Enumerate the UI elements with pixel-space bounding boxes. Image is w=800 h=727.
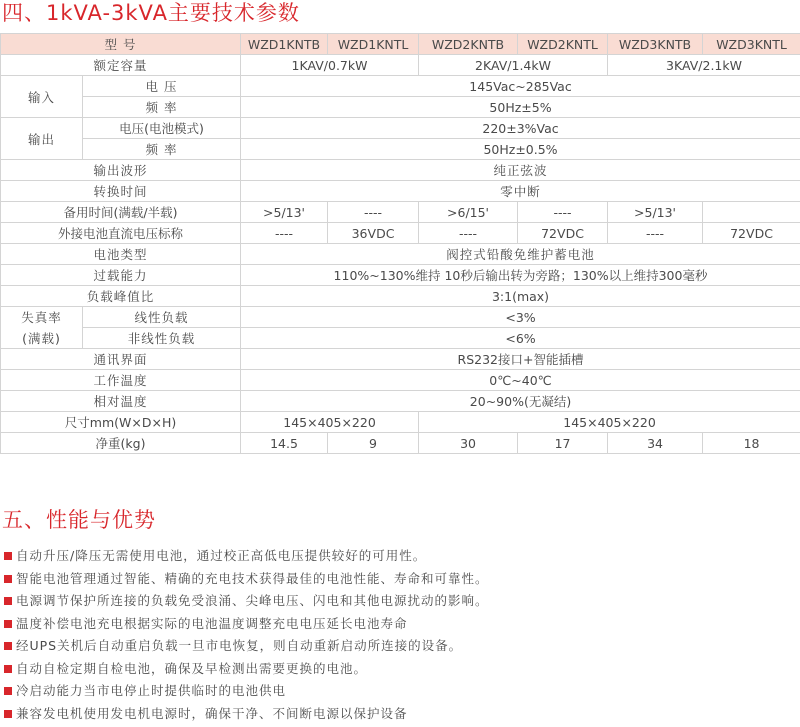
cell-value: 50Hz±0.5% [241,139,800,160]
cell-value: 3:1(max) [241,286,800,307]
cell-value: 72VDC [518,223,608,244]
model-header: WZD2KNTL [518,34,608,55]
table-row: 通讯界面 RS232接口+智能插槽 [1,349,800,370]
cell-value: 14.5 [241,433,328,454]
cell-value: 2KAV/1.4kW [419,55,608,76]
table-row: 输出 电压(电池模式) 220±3%Vac [1,118,800,139]
list-item: 冷启动能力当市电停止时提供临时的电池供电 [4,680,489,703]
model-header: WZD2KNTB [419,34,518,55]
cell-value: 3KAV/2.1kW [608,55,800,76]
list-item: 温度补偿电池充电根据实际的电池温度调整充电电压延长电池寿命 [4,613,489,636]
row-label: 过载能力 [1,265,241,286]
table-row: 相对温度 20~90%(无凝结) [1,391,800,412]
cell-value [703,202,800,223]
square-bullet-icon [4,687,12,695]
list-item: 经UPS关机后自动重启负载一旦市电恢复，则自动重新启动所连接的设备。 [4,635,489,658]
table-row: 额定容量 1KAV/0.7kW 2KAV/1.4kW 3KAV/2.1kW [1,55,800,76]
cell-value: 34 [608,433,703,454]
feature-text: 自动升压/降压无需使用电池，通过校正高低电压提供较好的可用性。 [16,545,426,568]
row-label: 转换时间 [1,181,241,202]
cell-value: 145×405×220 [419,412,800,433]
table-row: 过载能力 110%~130%维持 10秒后输出转为旁路；130%以上维持300毫… [1,265,800,286]
model-header: WZD3KNTL [703,34,800,55]
cell-value: 72VDC [703,223,800,244]
cell-value: <3% [241,307,800,328]
group-label: 输出 [1,118,83,160]
square-bullet-icon [4,665,12,673]
row-label: 工作温度 [1,370,241,391]
cell-value: 0℃~40℃ [241,370,800,391]
list-item: 兼容发电机使用发电机电源时，确保干净、不间断电源以保护设备 [4,703,489,726]
table-row: 输入 电 压 145Vac~285Vac [1,76,800,97]
section-title-features: 五、性能与优势 [2,507,156,533]
table-row: 输出波形 纯正弦波 [1,160,800,181]
table-row: 工作温度 0℃~40℃ [1,370,800,391]
section-title-specs: 四、1kVA-3kVA主要技术参数 [2,0,300,26]
square-bullet-icon [4,597,12,605]
cell-value: 17 [518,433,608,454]
table-row: 转换时间 零中断 [1,181,800,202]
square-bullet-icon [4,710,12,718]
cell-value: ---- [518,202,608,223]
model-header: WZD1KNTB [241,34,328,55]
group-label-line1: 失真率 [1,307,83,328]
table-row: (满载) 非线性负载 <6% [1,328,800,349]
cell-value: >6/15' [419,202,518,223]
cell-value: ---- [328,202,419,223]
table-row: 失真率 线性负载 <3% [1,307,800,328]
row-label: 电池类型 [1,244,241,265]
row-label: 负载峰值比 [1,286,241,307]
cell-value: ---- [419,223,518,244]
feature-text: 兼容发电机使用发电机电源时，确保干净、不间断电源以保护设备 [16,703,408,726]
feature-text: 电源调节保护所连接的负载免受浪涌、尖峰电压、闪电和其他电源扰动的影响。 [16,590,489,613]
square-bullet-icon [4,575,12,583]
row-label: 频 率 [83,97,241,118]
row-label: 备用时间(满载/半载) [1,202,241,223]
cell-value: 1KAV/0.7kW [241,55,419,76]
cell-value: ---- [608,223,703,244]
feature-text: 智能电池管理通过智能、精确的充电技术获得最佳的电池性能、寿命和可靠性。 [16,568,489,591]
table-row: 频 率 50Hz±5% [1,97,800,118]
list-item: 智能电池管理通过智能、精确的充电技术获得最佳的电池性能、寿命和可靠性。 [4,568,489,591]
cell-value: 20~90%(无凝结) [241,391,800,412]
cell-value: >5/13' [608,202,703,223]
cell-value: ---- [241,223,328,244]
row-label: 外接电池直流电压标称 [1,223,241,244]
model-header: WZD3KNTB [608,34,703,55]
square-bullet-icon [4,620,12,628]
cell-value: 145×405×220 [241,412,419,433]
list-item: 电源调节保护所连接的负载免受浪涌、尖峰电压、闪电和其他电源扰动的影响。 [4,590,489,613]
feature-text: 自动自检定期自检电池，确保及早检测出需要更换的电池。 [16,658,367,681]
table-row: 外接电池直流电压标称 ---- 36VDC ---- 72VDC ---- 72… [1,223,800,244]
feature-list: 自动升压/降压无需使用电池，通过校正高低电压提供较好的可用性。 智能电池管理通过… [4,545,489,725]
cell-value: 145Vac~285Vac [241,76,800,97]
group-label-line2: (满载) [1,328,83,349]
table-header-row: 型 号 WZD1KNTB WZD1KNTL WZD2KNTB WZD2KNTL … [1,34,800,55]
list-item: 自动升压/降压无需使用电池，通过校正高低电压提供较好的可用性。 [4,545,489,568]
table-row: 尺寸mm(W×D×H) 145×405×220 145×405×220 [1,412,800,433]
cell-value: >5/13' [241,202,328,223]
square-bullet-icon [4,552,12,560]
table-row: 电池类型 阀控式铅酸免维护蓄电池 [1,244,800,265]
row-label: 电 压 [83,76,241,97]
row-label: 净重(kg) [1,433,241,454]
list-item: 自动自检定期自检电池，确保及早检测出需要更换的电池。 [4,658,489,681]
row-label: 线性负载 [83,307,241,328]
cell-value: RS232接口+智能插槽 [241,349,800,370]
cell-value: 220±3%Vac [241,118,800,139]
cell-value: 阀控式铅酸免维护蓄电池 [241,244,800,265]
cell-value: 110%~130%维持 10秒后输出转为旁路；130%以上维持300毫秒 [241,265,800,286]
feature-text: 冷启动能力当市电停止时提供临时的电池供电 [16,680,286,703]
table-row: 负载峰值比 3:1(max) [1,286,800,307]
spec-table: 型 号 WZD1KNTB WZD1KNTL WZD2KNTB WZD2KNTL … [0,33,800,454]
table-row: 频 率 50Hz±0.5% [1,139,800,160]
table-row: 净重(kg) 14.5 9 30 17 34 18 [1,433,800,454]
row-label: 电压(电池模式) [83,118,241,139]
row-label: 尺寸mm(W×D×H) [1,412,241,433]
feature-text: 温度补偿电池充电根据实际的电池温度调整充电电压延长电池寿命 [16,613,408,636]
cell-value: <6% [241,328,800,349]
cell-value: 36VDC [328,223,419,244]
cell-value: 18 [703,433,800,454]
cell-value: 9 [328,433,419,454]
cell-value: 纯正弦波 [241,160,800,181]
group-label: 输入 [1,76,83,118]
row-label: 非线性负载 [83,328,241,349]
model-label: 型 号 [1,34,241,55]
square-bullet-icon [4,642,12,650]
cell-value: 30 [419,433,518,454]
row-label: 输出波形 [1,160,241,181]
cell-value: 零中断 [241,181,800,202]
row-label: 频 率 [83,139,241,160]
row-label: 额定容量 [1,55,241,76]
row-label: 相对温度 [1,391,241,412]
cell-value: 50Hz±5% [241,97,800,118]
feature-text: 经UPS关机后自动重启负载一旦市电恢复，则自动重新启动所连接的设备。 [16,635,462,658]
model-header: WZD1KNTL [328,34,419,55]
table-row: 备用时间(满载/半载) >5/13' ---- >6/15' ---- >5/1… [1,202,800,223]
row-label: 通讯界面 [1,349,241,370]
